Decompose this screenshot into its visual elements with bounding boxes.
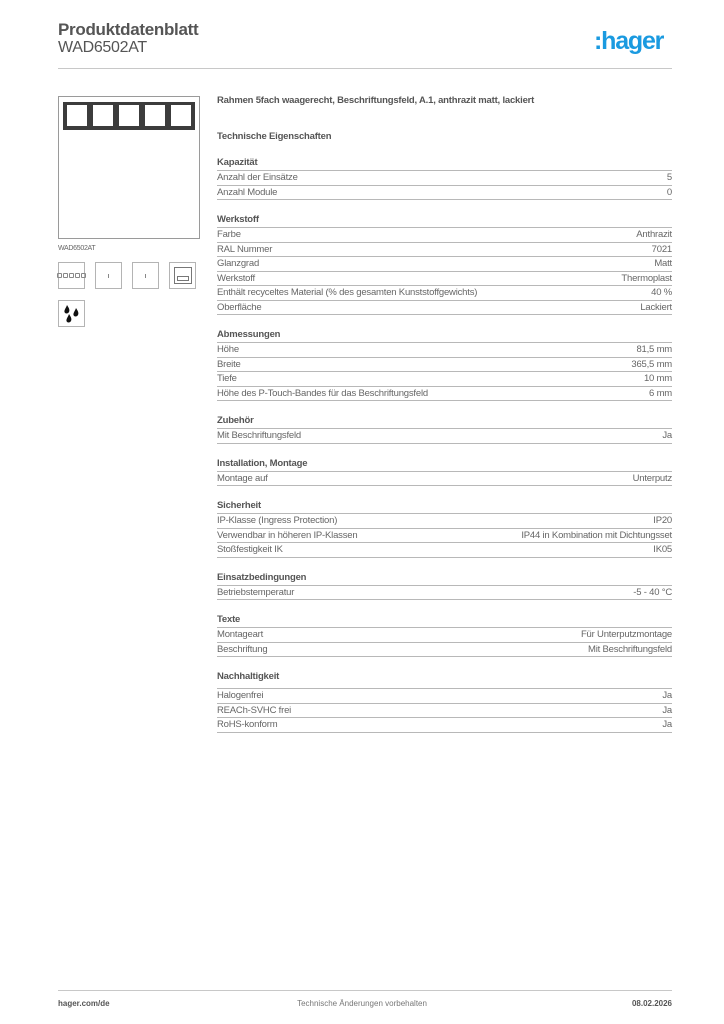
module-dots-icon	[58, 262, 85, 289]
property-label: Anzahl der Einsätze	[217, 171, 298, 185]
property-label: IP-Klasse (Ingress Protection)	[217, 514, 337, 528]
property-group: ZubehörMit BeschriftungsfeldJa	[217, 415, 672, 444]
property-group: Installation, MontageMontage aufUnterput…	[217, 458, 672, 487]
frame-slot	[93, 105, 113, 126]
frame-5-gang-illustration	[63, 102, 195, 130]
property-value: Matt	[654, 257, 672, 271]
technical-data: Rahmen 5fach waagerecht, Beschriftungsfe…	[217, 95, 672, 733]
frame-slot	[119, 105, 139, 126]
property-row: Höhe des P-Touch-Bandes für das Beschrif…	[217, 387, 672, 402]
footer-date: 08.02.2026	[632, 999, 672, 1008]
property-value: 365,5 mm	[631, 358, 672, 372]
property-row: GlanzgradMatt	[217, 257, 672, 272]
group-title: Nachhaltigkeit	[217, 671, 672, 689]
property-value: Anthrazit	[636, 228, 672, 242]
property-label: Verwendbar in höheren IP-Klassen	[217, 529, 357, 543]
property-row: MontageartFür Unterputzmontage	[217, 628, 672, 643]
property-value: IP20	[653, 514, 672, 528]
frame-slot	[171, 105, 191, 126]
property-value: 5	[667, 171, 672, 185]
property-row: Tiefe10 mm	[217, 372, 672, 387]
hager-logo: :hager	[594, 26, 663, 56]
product-description: Rahmen 5fach waagerecht, Beschriftungsfe…	[217, 95, 672, 107]
document-title: Produktdatenblatt	[58, 20, 198, 40]
frame-slot	[145, 105, 165, 126]
property-label: Betriebstemperatur	[217, 586, 294, 600]
image-caption: WAD6502AT	[58, 245, 95, 252]
group-title: Einsatzbedingungen	[217, 572, 672, 586]
header-divider	[58, 68, 672, 69]
property-label: Tiefe	[217, 372, 237, 386]
property-value: Ja	[662, 689, 672, 703]
property-row: REACh-SVHC freiJa	[217, 704, 672, 719]
footer-notice: Technische Änderungen vorbehalten	[0, 999, 724, 1008]
property-value: Ja	[662, 718, 672, 732]
property-label: Breite	[217, 358, 241, 372]
property-row: RAL Nummer7021	[217, 243, 672, 258]
group-title: Texte	[217, 614, 672, 628]
property-row: Anzahl Module0	[217, 186, 672, 201]
property-value: Für Unterputzmontage	[581, 628, 672, 642]
group-title: Kapazität	[217, 157, 672, 171]
property-group: EinsatzbedingungenBetriebstemperatur-5 -…	[217, 572, 672, 601]
property-row: FarbeAnthrazit	[217, 228, 672, 243]
property-value: -5 - 40 °C	[633, 586, 672, 600]
product-image	[58, 96, 200, 239]
group-title: Installation, Montage	[217, 458, 672, 472]
property-row: Verwendbar in höheren IP-KlassenIP44 in …	[217, 529, 672, 544]
property-label: Werkstoff	[217, 272, 255, 286]
property-value: Unterputz	[633, 472, 672, 486]
property-value: Lackiert	[640, 301, 672, 315]
pictogram-row	[58, 262, 196, 289]
group-title: Abmessungen	[217, 329, 672, 343]
property-group: SicherheitIP-Klasse (Ingress Protection)…	[217, 500, 672, 558]
property-row: IP-Klasse (Ingress Protection)IP20	[217, 514, 672, 529]
single-mark-icon	[132, 262, 159, 289]
property-row: Montage aufUnterputz	[217, 472, 672, 487]
property-value: 7021	[652, 243, 672, 257]
property-row: Breite365,5 mm	[217, 358, 672, 373]
property-groups: KapazitätAnzahl der Einsätze5Anzahl Modu…	[217, 157, 672, 733]
frame-slot	[67, 105, 87, 126]
group-title: Werkstoff	[217, 214, 672, 228]
property-label: Beschriftung	[217, 643, 267, 657]
property-label: Halogenfrei	[217, 689, 263, 703]
footer-divider	[58, 990, 672, 991]
property-group: NachhaltigkeitHalogenfreiJaREACh-SVHC fr…	[217, 671, 672, 733]
property-label: RAL Nummer	[217, 243, 272, 257]
property-value: 81,5 mm	[636, 343, 672, 357]
property-label: Oberfläche	[217, 301, 261, 315]
property-row: WerkstoffThermoplast	[217, 272, 672, 287]
property-row: Anzahl der Einsätze5	[217, 171, 672, 186]
group-title: Sicherheit	[217, 500, 672, 514]
property-label: Höhe	[217, 343, 239, 357]
property-row: Stoßfestigkeit IKIK05	[217, 543, 672, 558]
property-label: Anzahl Module	[217, 186, 277, 200]
label-field-screen-icon	[169, 262, 196, 289]
property-label: Mit Beschriftungsfeld	[217, 429, 301, 443]
property-label: Glanzgrad	[217, 257, 259, 271]
property-label: Stoßfestigkeit IK	[217, 543, 283, 557]
property-label: Höhe des P-Touch-Bandes für das Beschrif…	[217, 387, 428, 401]
section-title: Technische Eigenschaften	[217, 131, 672, 143]
property-row: Enthält recyceltes Material (% des gesam…	[217, 286, 672, 301]
property-value: 0	[667, 186, 672, 200]
property-value: Ja	[662, 429, 672, 443]
group-title: Zubehör	[217, 415, 672, 429]
property-label: REACh-SVHC frei	[217, 704, 291, 718]
property-value: 6 mm	[649, 387, 672, 401]
property-row: Höhe81,5 mm	[217, 343, 672, 358]
property-value: Thermoplast	[621, 272, 672, 286]
property-value: IK05	[653, 543, 672, 557]
property-group: KapazitätAnzahl der Einsätze5Anzahl Modu…	[217, 157, 672, 200]
property-row: Mit BeschriftungsfeldJa	[217, 429, 672, 444]
property-label: Montageart	[217, 628, 263, 642]
property-value: Mit Beschriftungsfeld	[588, 643, 672, 657]
property-row: BeschriftungMit Beschriftungsfeld	[217, 643, 672, 658]
property-group: TexteMontageartFür UnterputzmontageBesch…	[217, 614, 672, 657]
property-row: Betriebstemperatur-5 - 40 °C	[217, 586, 672, 601]
property-row: OberflächeLackiert	[217, 301, 672, 316]
property-row: RoHS-konformJa	[217, 718, 672, 733]
property-group: WerkstoffFarbeAnthrazitRAL Nummer7021Gla…	[217, 214, 672, 315]
article-number: WAD6502AT	[58, 39, 147, 57]
water-drops-ip-icon	[58, 300, 85, 327]
property-value: Ja	[662, 704, 672, 718]
property-value: 10 mm	[644, 372, 672, 386]
property-row: HalogenfreiJa	[217, 689, 672, 704]
property-label: Farbe	[217, 228, 241, 242]
property-label: Enthält recyceltes Material (% des gesam…	[217, 286, 477, 300]
property-value: IP44 in Kombination mit Dichtungsset	[521, 529, 672, 543]
property-label: RoHS-konform	[217, 718, 277, 732]
property-value: 40 %	[651, 286, 672, 300]
single-mark-icon	[95, 262, 122, 289]
property-label: Montage auf	[217, 472, 268, 486]
property-group: AbmessungenHöhe81,5 mmBreite365,5 mmTief…	[217, 329, 672, 401]
